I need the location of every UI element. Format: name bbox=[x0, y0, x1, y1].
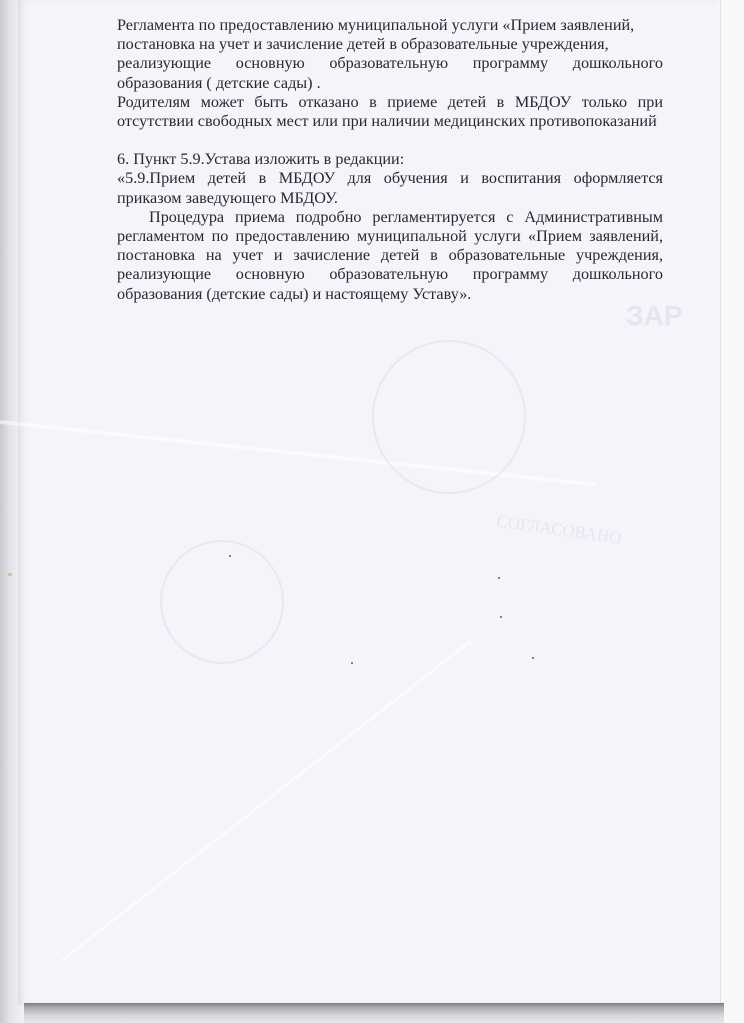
ghost-stamp bbox=[372, 340, 526, 494]
scanned-page: ЗАР СОГЛАСОВАНО Регламента по предоставл… bbox=[0, 0, 744, 1023]
ghost-stamp bbox=[160, 540, 284, 664]
procedure-paragraph: Процедура приема подробно регламентирует… bbox=[117, 208, 663, 304]
clause-paragraph: «5.9.Прием детей в МБДОУ для обучения и … bbox=[117, 169, 663, 207]
scanner-edge-bottom bbox=[24, 1003, 724, 1023]
paragraph-line: образования ( детские сады) . bbox=[117, 74, 663, 93]
paragraph-line: Регламента по предоставлению муниципальн… bbox=[117, 16, 663, 35]
scan-speck bbox=[8, 573, 12, 576]
paragraph-line: реализующие основную образовательную про… bbox=[117, 54, 663, 73]
scan-speck bbox=[229, 555, 231, 557]
paragraph-gap bbox=[117, 131, 663, 150]
scan-speck bbox=[500, 616, 502, 618]
refusal-paragraph: Родителям может быть отказано в приеме д… bbox=[117, 93, 663, 131]
scan-speck bbox=[498, 577, 500, 579]
section-heading: 6. Пункт 5.9.Устава изложить в редакции: bbox=[117, 150, 663, 169]
scan-speck bbox=[532, 657, 534, 659]
document-body: Регламента по предоставлению муниципальн… bbox=[117, 16, 663, 304]
scanner-edge-right bbox=[720, 0, 744, 1023]
ghost-heading: ЗАР bbox=[626, 300, 682, 332]
scan-speck bbox=[351, 662, 353, 664]
paragraph-line: постановка на учет и зачисление детей в … bbox=[117, 35, 663, 54]
